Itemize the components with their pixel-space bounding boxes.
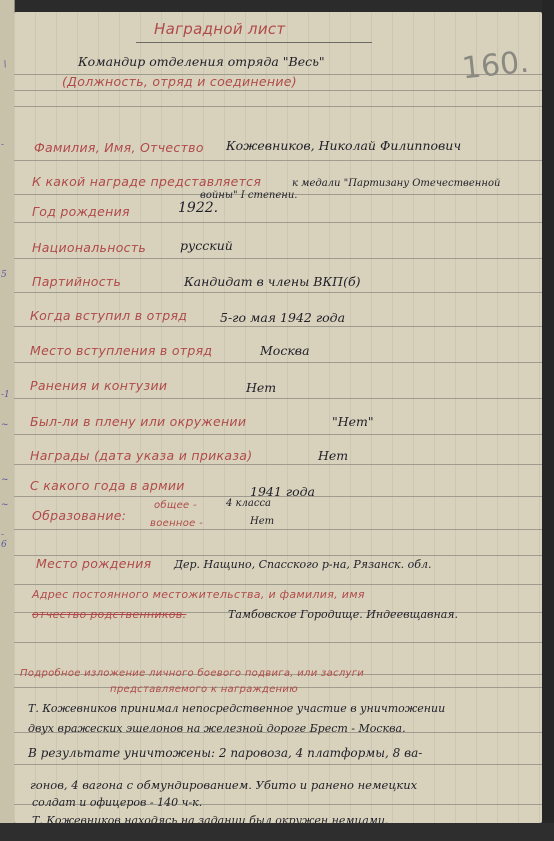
margin-mark: -1 — [1, 390, 10, 400]
field-value-wounds: Нет — [246, 380, 276, 395]
field-label-birth-year: Год рождения — [32, 204, 130, 219]
field-value-birth-year: 1922. — [178, 200, 218, 216]
education-general-label: общее - — [154, 500, 197, 511]
rule-line — [14, 258, 542, 259]
rule-line — [14, 106, 542, 107]
rule-line — [14, 292, 542, 293]
scan-border-top — [0, 0, 554, 12]
margin-mark: - — [1, 530, 4, 540]
field-label-award: К какой награде представляется — [32, 174, 261, 189]
rule-line — [14, 90, 542, 91]
rule-line — [14, 434, 542, 435]
field-label-party: Партийность — [32, 274, 121, 289]
document-title: Наградной лист — [154, 20, 285, 38]
feat-text-line: В результате уничтожены: 2 паровоза, 4 п… — [28, 746, 422, 760]
archive-page-number: 160. — [460, 45, 530, 87]
margin-mark: ~ — [1, 500, 9, 510]
field-value-join-place: Москва — [260, 343, 310, 358]
rule-line — [14, 222, 542, 223]
address-label-line2: отчество родственников. — [32, 608, 186, 621]
field-label-join-place: Место вступления в отряд — [30, 343, 212, 358]
margin-mark: 5 — [1, 270, 7, 280]
margin-mark: 6 — [1, 540, 7, 550]
feat-header-line1: Подробное изложение личного боевого подв… — [20, 668, 364, 679]
address-value: Тамбовское Городище. Индеевщавная. — [228, 608, 458, 621]
scan-border-right — [542, 0, 554, 841]
field-label-captivity: Был-ли в плену или окружении — [30, 414, 246, 429]
previous-page-edge: ∖ - 5 -1 ~ ~ ~ - 6 — [0, 0, 15, 841]
margin-mark: ~ — [1, 475, 9, 485]
education-military-value: Нет — [250, 516, 274, 527]
rule-line — [14, 398, 542, 399]
field-label-awards: Награды (дата указа и приказа) — [30, 448, 252, 463]
award-sheet-page: Наградной лист 160. Командир отделения о… — [14, 12, 542, 823]
education-label: Образование: — [32, 508, 126, 523]
margin-mark: - — [1, 140, 4, 150]
field-label-wounds: Ранения и контузии — [30, 378, 167, 393]
birthplace-label: Место рождения — [36, 556, 151, 571]
feat-text-line: гонов, 4 вагона с обмундированием. Убито… — [30, 778, 417, 792]
field-value-captivity: "Нет" — [332, 414, 374, 429]
feat-text-line: солдат и офицеров - 140 ч-к. — [32, 796, 202, 809]
field-value-awards: Нет — [318, 448, 348, 463]
scan-border-bottom — [0, 823, 554, 841]
feat-text-line: двух вражеских эшелонов на железной доро… — [28, 722, 406, 735]
rule-line — [14, 160, 542, 161]
rule-line — [14, 764, 542, 765]
field-label-name: Фамилия, Имя, Отчество — [34, 140, 204, 155]
position-value: Командир отделения отряда "Весь" — [78, 54, 325, 69]
rule-line — [14, 326, 542, 327]
margin-mark: ~ — [1, 420, 9, 430]
rule-line — [14, 464, 542, 465]
address-label-line1: Адрес постоянного местожительства, и фам… — [32, 588, 365, 601]
feat-text-line: Т. Кожевников принимал непосредственное … — [28, 702, 445, 715]
birthplace-value: Дер. Нащино, Спасского р-на, Рязанск. об… — [174, 558, 431, 571]
field-value-award: к медали "Партизану Отечественной — [292, 178, 500, 189]
field-label-army-since: С какого года в армии — [30, 478, 185, 493]
rule-line — [14, 529, 542, 530]
field-value-joined: 5-го мая 1942 года — [220, 310, 345, 325]
education-military-label: военное - — [150, 518, 203, 529]
field-value-name: Кожевников, Николай Филиппович — [226, 138, 461, 153]
rule-line — [14, 642, 542, 643]
margin-mark: ∖ — [1, 60, 7, 70]
rule-line — [14, 362, 542, 363]
title-underline — [136, 42, 372, 43]
field-label-joined: Когда вступил в отряд — [30, 308, 187, 323]
field-value-party: Кандидат в члены ВКП(б) — [184, 274, 360, 289]
education-general-value: 4 класса — [226, 498, 271, 509]
field-value-army-since: 1941 года — [250, 484, 315, 499]
rule-line — [14, 584, 542, 585]
field-value-nationality: русский — [180, 238, 233, 253]
position-label: (Должность, отряд и соединение) — [62, 74, 297, 89]
field-label-nationality: Национальность — [32, 240, 146, 255]
feat-header-line2: представляемого к награждению — [110, 684, 298, 695]
